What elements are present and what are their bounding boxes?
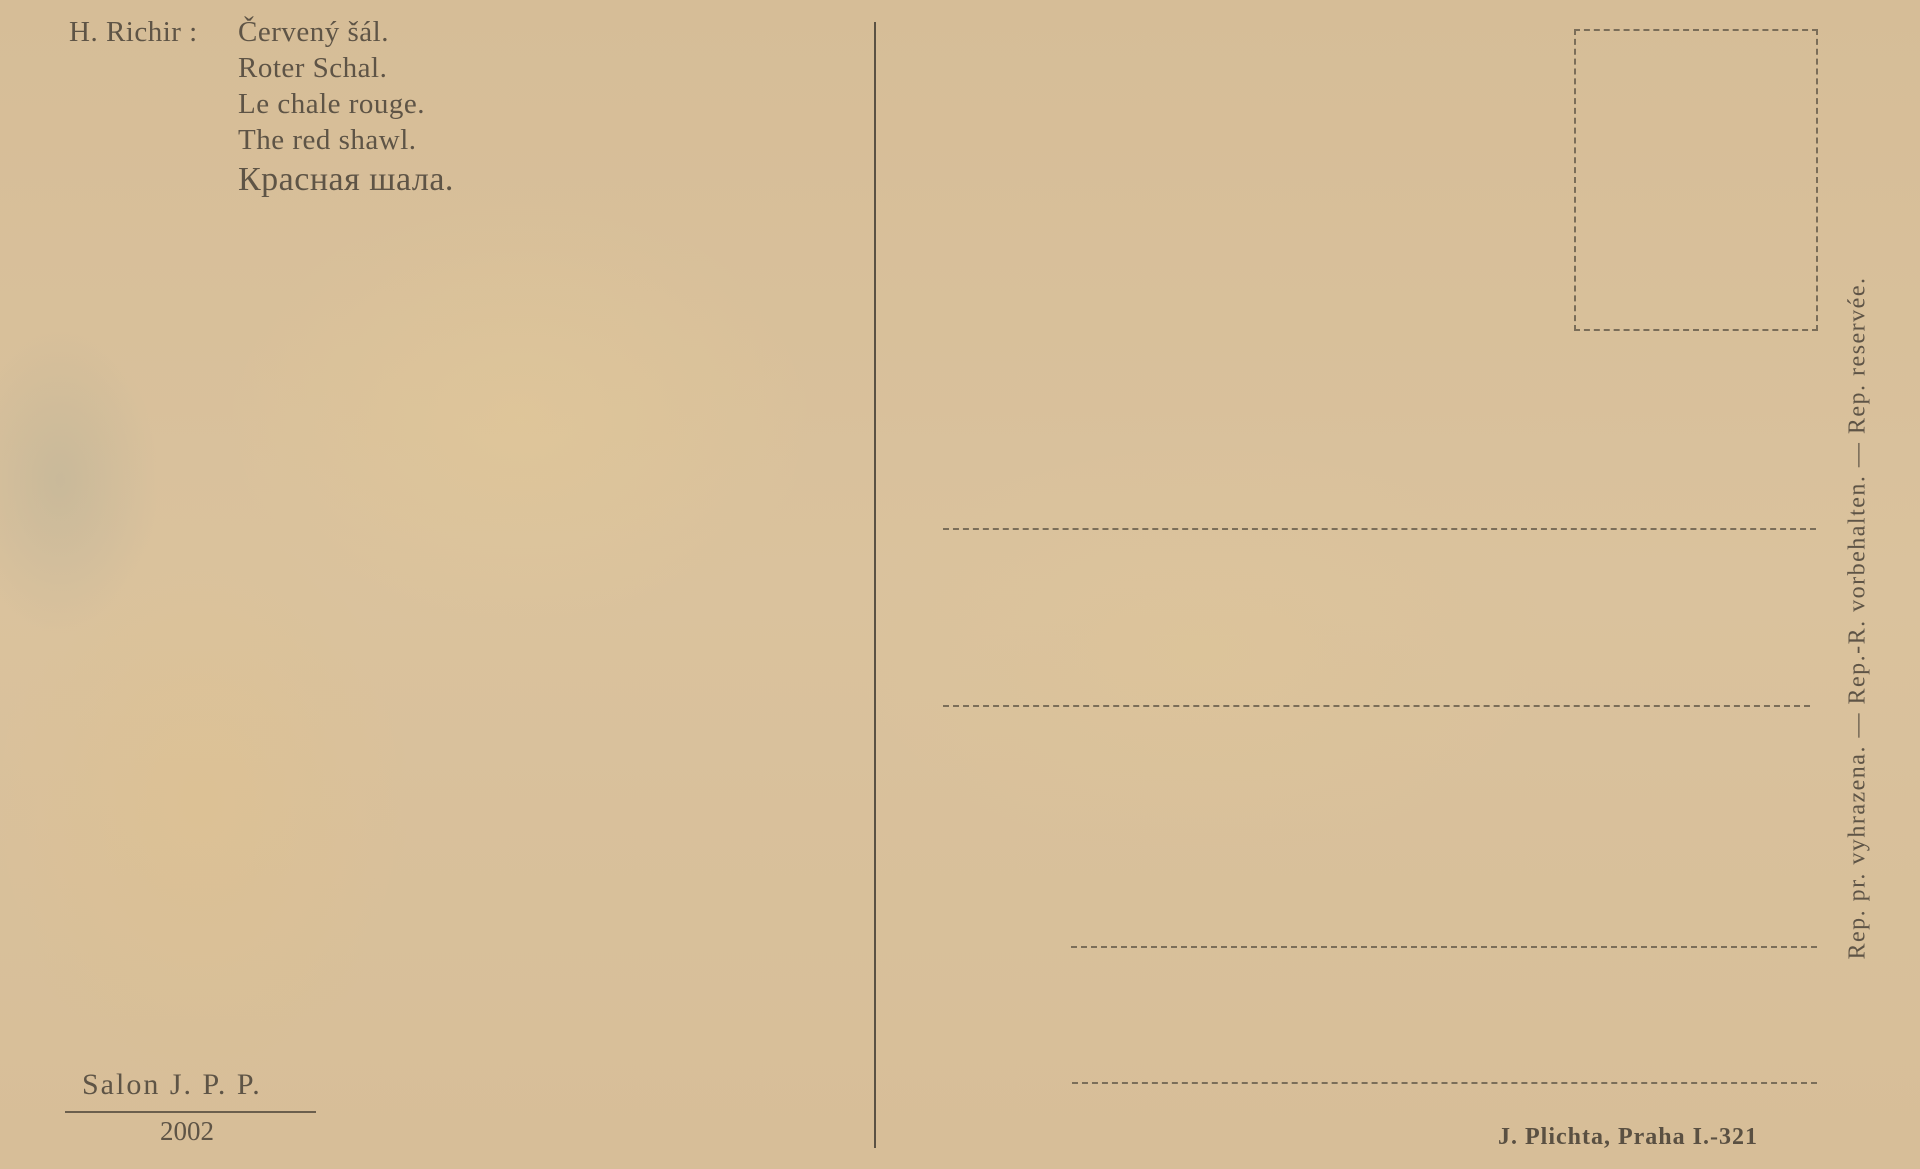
address-line-4 (1072, 1082, 1817, 1084)
series-divider-rule (65, 1111, 316, 1113)
address-line-2 (943, 705, 1810, 707)
address-line-3 (1071, 946, 1817, 948)
title-czech: Červený šál. (238, 14, 454, 50)
message-address-divider (874, 22, 876, 1148)
title-english: The red shawl. (238, 122, 454, 158)
address-line-1 (943, 528, 1816, 530)
title-german: Roter Schal. (238, 50, 454, 86)
series-number: 2002 (160, 1116, 214, 1147)
series-salon-label: Salon J. P. P. (82, 1068, 262, 1102)
title-french: Le chale rouge. (238, 86, 454, 122)
title-block: Červený šál. Roter Schal. Le chale rouge… (238, 14, 454, 196)
title-russian: Красная шала. (238, 160, 454, 196)
reproduction-rights-notice: Rep. pr. vyhrazena. — Rep.-R. vorbehalte… (1845, 277, 1872, 960)
stamp-placeholder-box (1574, 29, 1818, 331)
publisher-imprint: J. Plichta, Praha I.-321 (1498, 1124, 1758, 1151)
artist-name: H. Richir : (69, 14, 198, 50)
